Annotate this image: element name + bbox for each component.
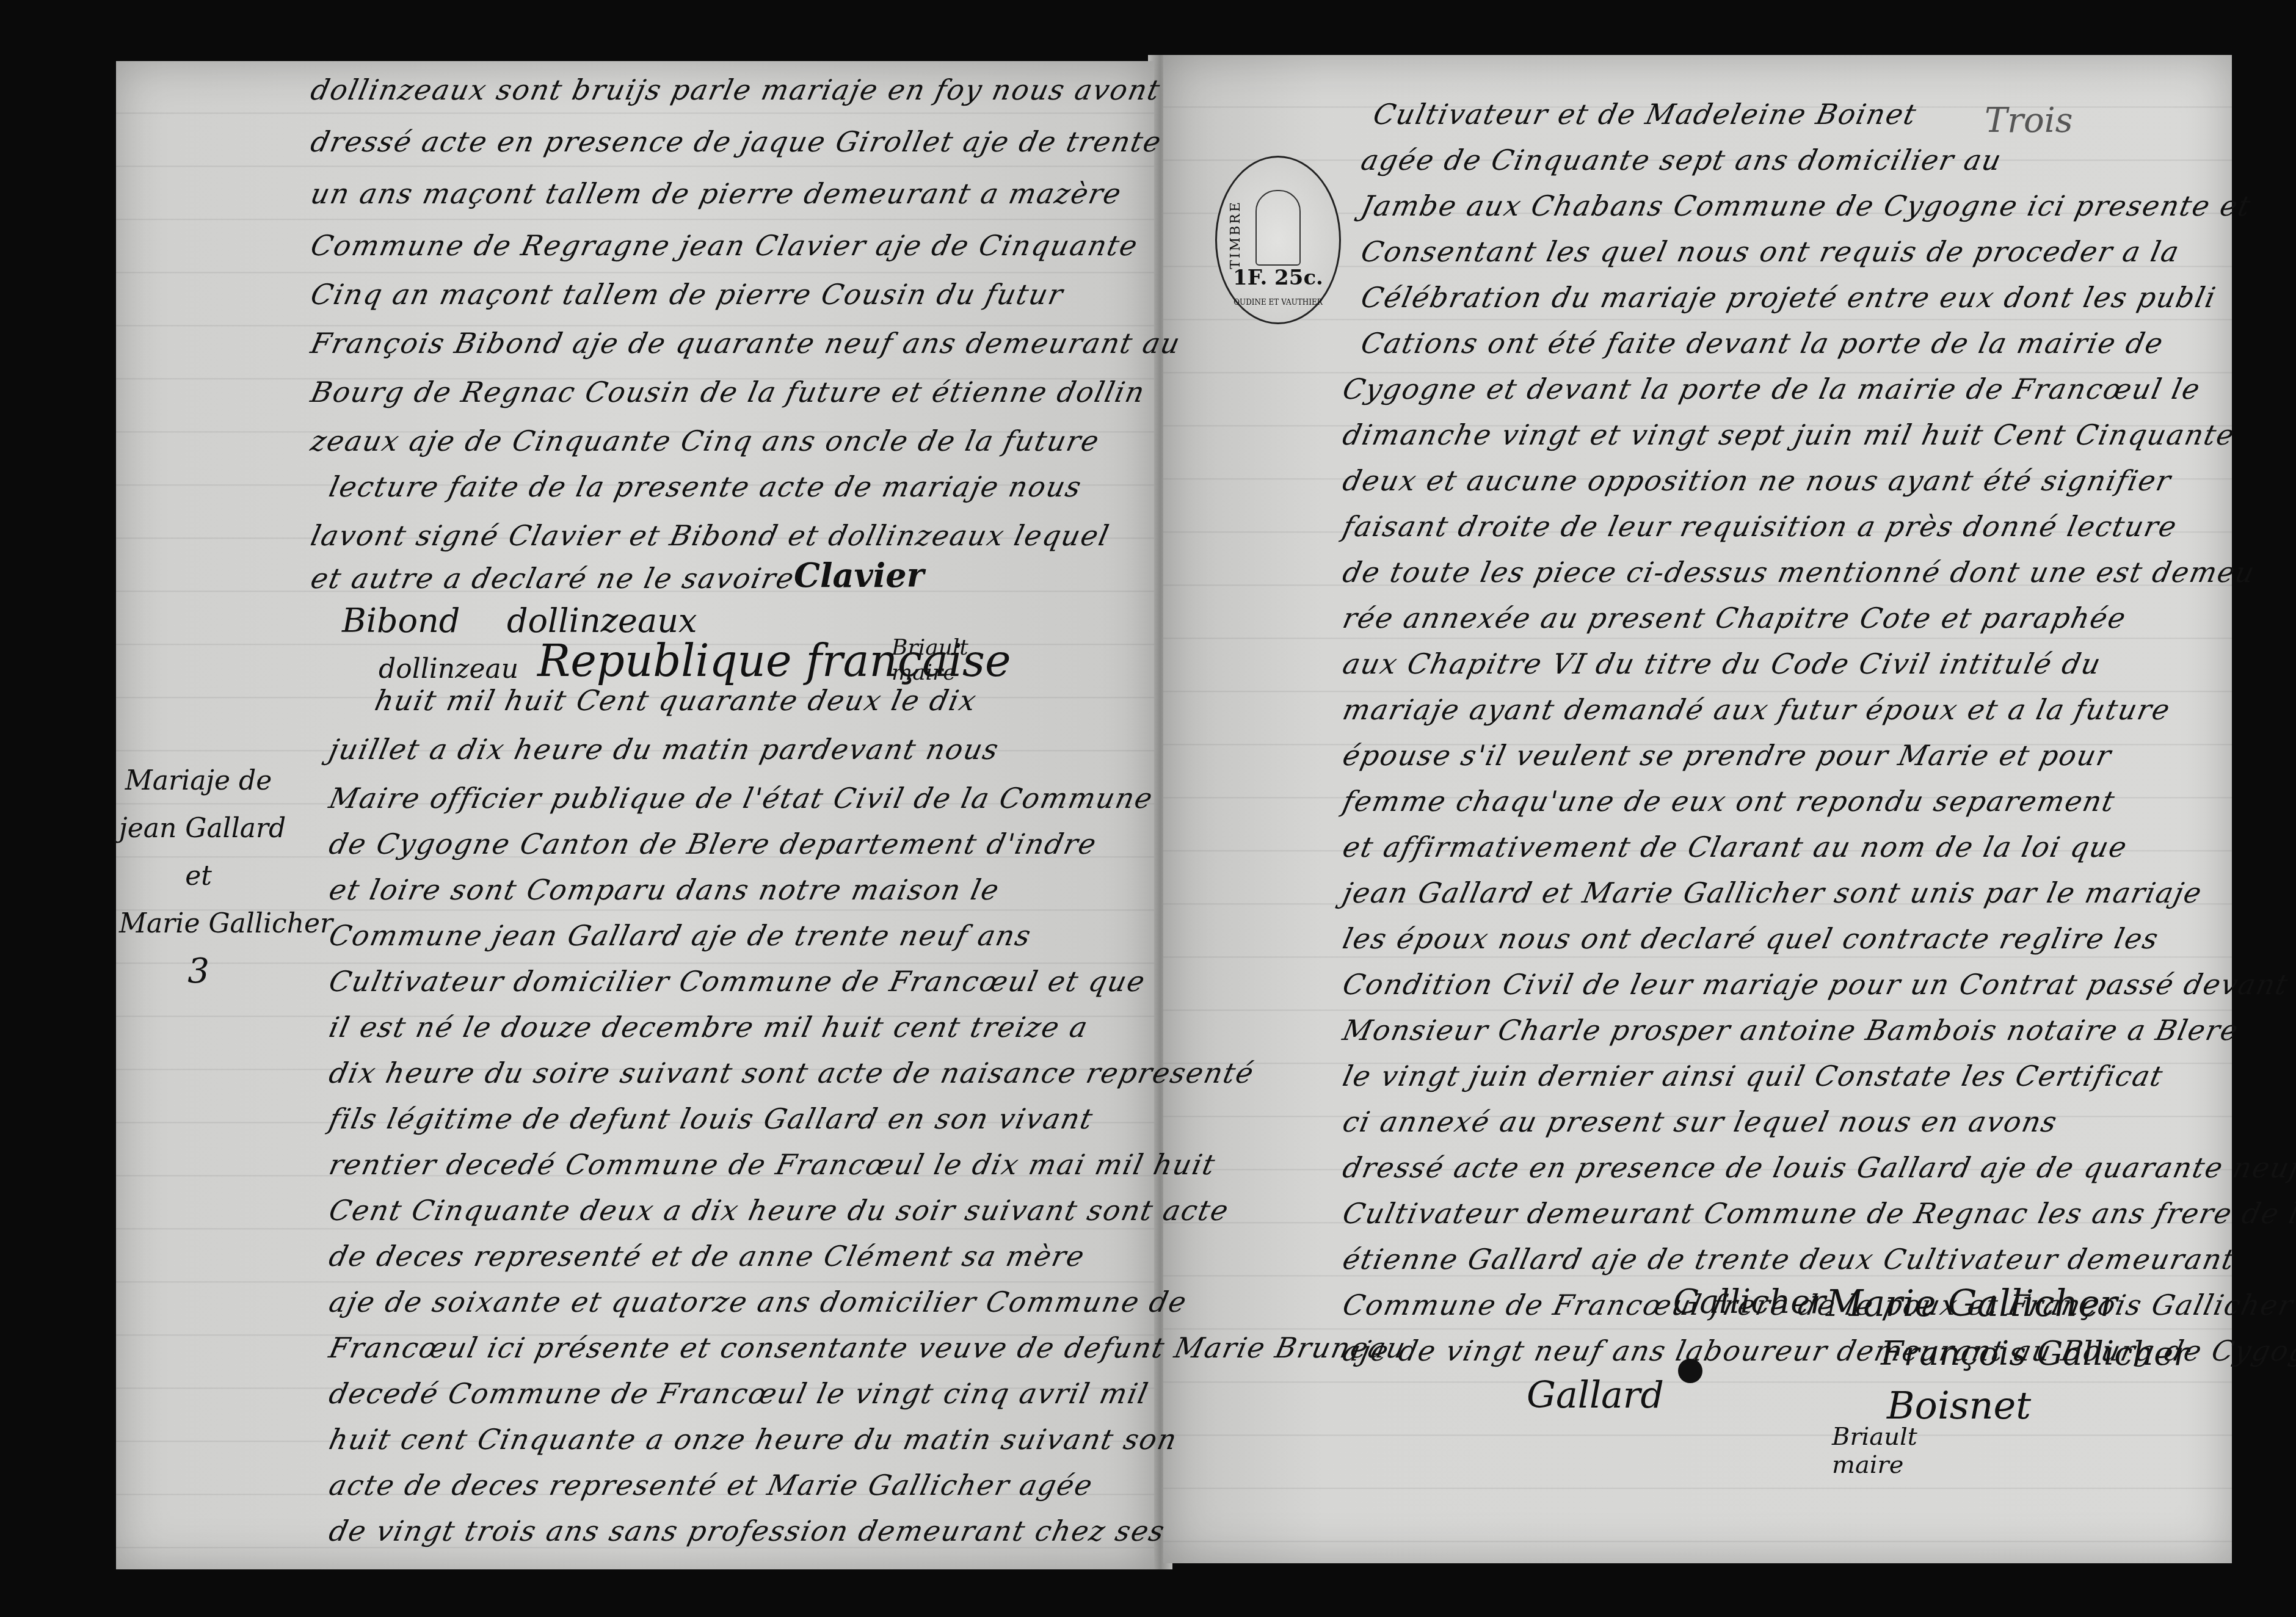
text-line: ci annexé au present sur lequel nous en … xyxy=(1340,1105,2061,1138)
signature: Gallicher xyxy=(1673,1282,1826,1321)
pencil-note: Trois xyxy=(1985,101,2073,140)
margin-note-line: jean Gallard xyxy=(119,805,278,852)
signature: dollinzeau xyxy=(379,653,518,685)
text-line: le vingt juin dernier ainsi quil Constat… xyxy=(1340,1059,2167,1092)
margin-note-number: 3 xyxy=(119,948,278,995)
margin-note-line: et xyxy=(119,852,278,900)
text-line: faisant droite de leur requisition a prè… xyxy=(1340,510,2181,543)
justice-figure-icon xyxy=(1255,190,1301,266)
signature: Bibond xyxy=(342,601,460,640)
text-line: épouse s'il veulent se prendre pour Mari… xyxy=(1340,739,2115,772)
signature-maire: Briault maire xyxy=(1832,1423,1942,1479)
text-line: dollinzeaux sont bruijs parle mariaje en… xyxy=(308,73,1164,106)
text-line: dimanche vingt et vingt sept juin mil hu… xyxy=(1340,418,2238,451)
text-line: huit cent Cinquante a onze heure du mati… xyxy=(326,1423,1180,1456)
text-line: de Cygogne Canton de Blere departement d… xyxy=(326,827,1100,860)
text-line: de vingt trois ans sans profession demeu… xyxy=(326,1514,1168,1547)
ink-blot xyxy=(1678,1359,1702,1383)
text-line: lecture faite de la presente acte de mar… xyxy=(326,470,1085,503)
signature: Boisnet xyxy=(1887,1383,2031,1428)
margin-note: Mariaje de jean Gallard et Marie Gallich… xyxy=(119,757,278,995)
signature: Marie Gallicher xyxy=(1826,1282,2117,1325)
text-line: François Bibond aje de quarante neuf ans… xyxy=(308,327,1184,360)
text-line: huit mil huit Cent quarante deux le dix xyxy=(372,684,980,717)
text-line: Consentant les quel nous ont requis de p… xyxy=(1358,235,2183,268)
text-line: mariaje ayant demandé aux futur époux et… xyxy=(1340,693,2174,726)
text-line: Cultivateur demeurant Commune de Regnac … xyxy=(1340,1197,2296,1230)
text-line: rentier decedé Commune de Francœul le di… xyxy=(326,1148,1219,1181)
text-line: Cinq an maçont tallem de pierre Cousin d… xyxy=(308,278,1067,311)
text-line: Célébration du mariaje projeté entre eux… xyxy=(1358,281,2219,314)
text-line: un ans maçont tallem de pierre demeurant… xyxy=(308,177,1125,210)
text-line: il est né le douze decembre mil huit cen… xyxy=(326,1011,1091,1044)
text-line: fils légitime de defunt louis Gallard en… xyxy=(326,1102,1097,1135)
tax-stamp: TIMBRE 1F. 25c. OUDINE ET VAUTHIER xyxy=(1215,156,1341,324)
text-line: Monsieur Charle prosper antoine Bambois … xyxy=(1340,1014,2242,1047)
text-line: aje de soixante et quatorze ans domicili… xyxy=(326,1285,1190,1318)
signature: dollinzeaux xyxy=(507,601,697,640)
text-line: juillet a dix heure du matin pardevant n… xyxy=(326,733,1002,766)
text-line: deux et aucune opposition ne nous ayant … xyxy=(1340,464,2174,497)
text-line: Cent Cinquante deux a dix heure du soir … xyxy=(326,1194,1232,1227)
text-line: les époux nous ont declaré quel contract… xyxy=(1340,922,2162,955)
text-line: lavont signé Clavier et Bibond et dollin… xyxy=(308,519,1113,552)
stamp-label: TIMBRE xyxy=(1228,200,1243,269)
stamp-printer: OUDINE ET VAUTHIER xyxy=(1233,298,1323,307)
text-line: aux Chapitre VI du titre du Code Civil i… xyxy=(1340,647,2104,680)
text-line: Maire officier publique de l'état Civil … xyxy=(326,782,1157,815)
text-line: dix heure du soire suivant sont acte de … xyxy=(326,1056,1257,1089)
text-line: de toute les piece ci-dessus mentionné d… xyxy=(1340,556,2258,589)
text-line: Cations ont été faite devant la porte de… xyxy=(1358,327,2167,360)
signature: Clavier xyxy=(794,556,924,595)
text-line: acte de deces representé et Marie Gallic… xyxy=(326,1469,1096,1502)
text-line: zeaux aje de Cinquante Cinq ans oncle de… xyxy=(308,424,1103,457)
margin-note-line: Marie Gallicher xyxy=(119,900,278,948)
margin-note-line: Mariaje de xyxy=(119,757,278,805)
stamp-value: 1F. 25c. xyxy=(1233,266,1323,290)
text-line: Cultivateur et de Madeleine Boinet xyxy=(1370,98,1920,131)
text-line: rée annexée au present Chapitre Cote et … xyxy=(1340,601,2129,634)
text-line: et autre a declaré ne le savoire xyxy=(308,562,797,595)
text-line: Bourg de Regnac Cousin de la future et é… xyxy=(308,376,1148,409)
text-line: jean Gallard et Marie Gallicher sont uni… xyxy=(1340,876,2206,909)
signature: Gallard xyxy=(1527,1374,1664,1417)
text-line: agée de Cinquante sept ans domicilier au xyxy=(1358,144,2005,176)
text-line: Jambe aux Chabans Commune de Cygogne ici… xyxy=(1358,189,2254,222)
text-line: et affirmativement de Clarant au nom de … xyxy=(1340,830,2131,863)
text-line: et loire sont Comparu dans notre maison … xyxy=(326,873,1003,906)
text-line: dressé acte en presence de jaque Girolle… xyxy=(308,125,1165,158)
signature: François Gallicher xyxy=(1881,1334,2189,1373)
text-line: Francœul ici présente et consentante veu… xyxy=(326,1331,1409,1364)
text-line: Cygogne et devant la porte de la mairie … xyxy=(1340,372,2204,405)
text-line: Cultivateur domicilier Commune de Francœ… xyxy=(326,965,1149,998)
text-line: femme chaqu'une de eux ont repondu separ… xyxy=(1340,785,2118,818)
text-line: de deces representé et de anne Clément s… xyxy=(326,1240,1088,1273)
text-line: Condition Civil de leur mariaje pour un … xyxy=(1340,968,2292,1001)
text-line: Commune jean Gallard aje de trente neuf … xyxy=(326,919,1034,952)
text-line: Commune de Regragne jean Clavier aje de … xyxy=(308,229,1141,262)
text-line: étienne Gallard aje de trente deux Culti… xyxy=(1340,1243,2238,1276)
text-line: dressé acte en presence de louis Gallard… xyxy=(1340,1151,2296,1184)
text-line: decedé Commune de Francœul le vingt cinq… xyxy=(326,1377,1152,1410)
act-heading: Republique française xyxy=(537,635,1011,686)
